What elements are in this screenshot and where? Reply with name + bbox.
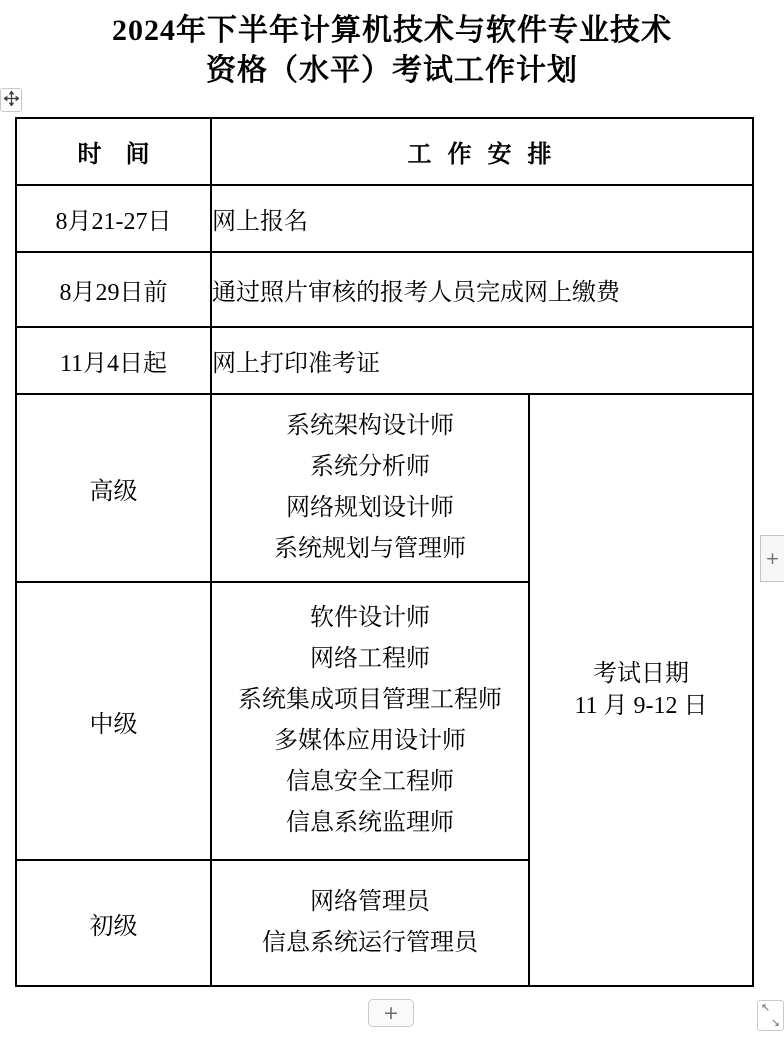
exam-date-label: 考试日期 <box>530 658 752 690</box>
time-cell[interactable]: 8月21-27日 <box>16 185 211 252</box>
qualification-item[interactable]: 多媒体应用设计师 <box>212 721 528 762</box>
qualification-item[interactable]: 系统集成项目管理工程师 <box>212 680 528 721</box>
qualification-item[interactable]: 网络规划设计师 <box>212 488 528 529</box>
plus-icon: + <box>383 1002 399 1024</box>
junior-qualifications-cell[interactable]: 网络管理员 信息系统运行管理员 <box>211 860 529 986</box>
intermediate-qualifications-cell[interactable]: 软件设计师 网络工程师 系统集成项目管理工程师 多媒体应用设计师 信息安全工程师… <box>211 582 529 860</box>
header-time-cell[interactable]: 时 间 <box>16 118 211 185</box>
plus-icon: + <box>765 549 779 569</box>
time-cell[interactable]: 8月29日前 <box>16 252 211 327</box>
qualification-item[interactable]: 系统架构设计师 <box>212 406 528 447</box>
qualification-item[interactable]: 信息安全工程师 <box>212 762 528 803</box>
work-cell[interactable]: 通过照片审核的报考人员完成网上缴费 <box>211 252 753 327</box>
table-row-senior: 高级 系统架构设计师 系统分析师 网络规划设计师 系统规划与管理师 考试日期 1… <box>16 394 753 582</box>
work-cell[interactable]: 网上打印准考证 <box>211 327 753 394</box>
qualification-item[interactable]: 网络工程师 <box>212 639 528 680</box>
senior-qualifications-cell[interactable]: 系统架构设计师 系统分析师 网络规划设计师 系统规划与管理师 <box>211 394 529 582</box>
table-row-header: 时 间 工 作 安 排 <box>16 118 753 185</box>
exam-date-value: 11 月 9-12 日 <box>530 690 752 722</box>
exam-date-cell[interactable]: 考试日期 11 月 9-12 日 <box>529 394 753 986</box>
resize-diagonal-icon: ↘ <box>771 1016 780 1029</box>
document-title: 2024年下半年计算机技术与软件专业技术 资格（水平）考试工作计划 <box>0 11 784 91</box>
table-row: 8月21-27日 网上报名 <box>16 185 753 252</box>
add-column-button[interactable]: + <box>760 535 784 582</box>
work-cell[interactable]: 网上报名 <box>211 185 753 252</box>
qualification-item[interactable]: 软件设计师 <box>212 598 528 639</box>
table-row: 11月4日起 网上打印准考证 <box>16 327 753 394</box>
level-label-senior[interactable]: 高级 <box>16 394 211 582</box>
qualification-item[interactable]: 信息系统监理师 <box>212 803 528 844</box>
resize-diagonal-icon: ↖ <box>761 1001 770 1014</box>
add-row-button[interactable]: + <box>368 999 414 1027</box>
table-move-handle[interactable] <box>0 88 22 112</box>
qualification-item[interactable]: 信息系统运行管理员 <box>212 923 528 964</box>
time-cell[interactable]: 11月4日起 <box>16 327 211 394</box>
level-label-junior[interactable]: 初级 <box>16 860 211 986</box>
table-resize-handle[interactable]: ↖ ↘ <box>757 1000 784 1031</box>
move-icon <box>4 91 19 110</box>
title-line-2[interactable]: 资格（水平）考试工作计划 <box>0 51 784 91</box>
title-line-1[interactable]: 2024年下半年计算机技术与软件专业技术 <box>0 11 784 51</box>
qualification-item[interactable]: 系统分析师 <box>212 447 528 488</box>
table-row: 8月29日前 通过照片审核的报考人员完成网上缴费 <box>16 252 753 327</box>
exam-schedule-table: 时 间 工 作 安 排 8月21-27日 网上报名 8月29日前 通过照片审核的… <box>15 117 754 987</box>
header-work-cell[interactable]: 工 作 安 排 <box>211 118 753 185</box>
qualification-item[interactable]: 网络管理员 <box>212 882 528 923</box>
level-label-intermediate[interactable]: 中级 <box>16 582 211 860</box>
qualification-item[interactable]: 系统规划与管理师 <box>212 529 528 570</box>
